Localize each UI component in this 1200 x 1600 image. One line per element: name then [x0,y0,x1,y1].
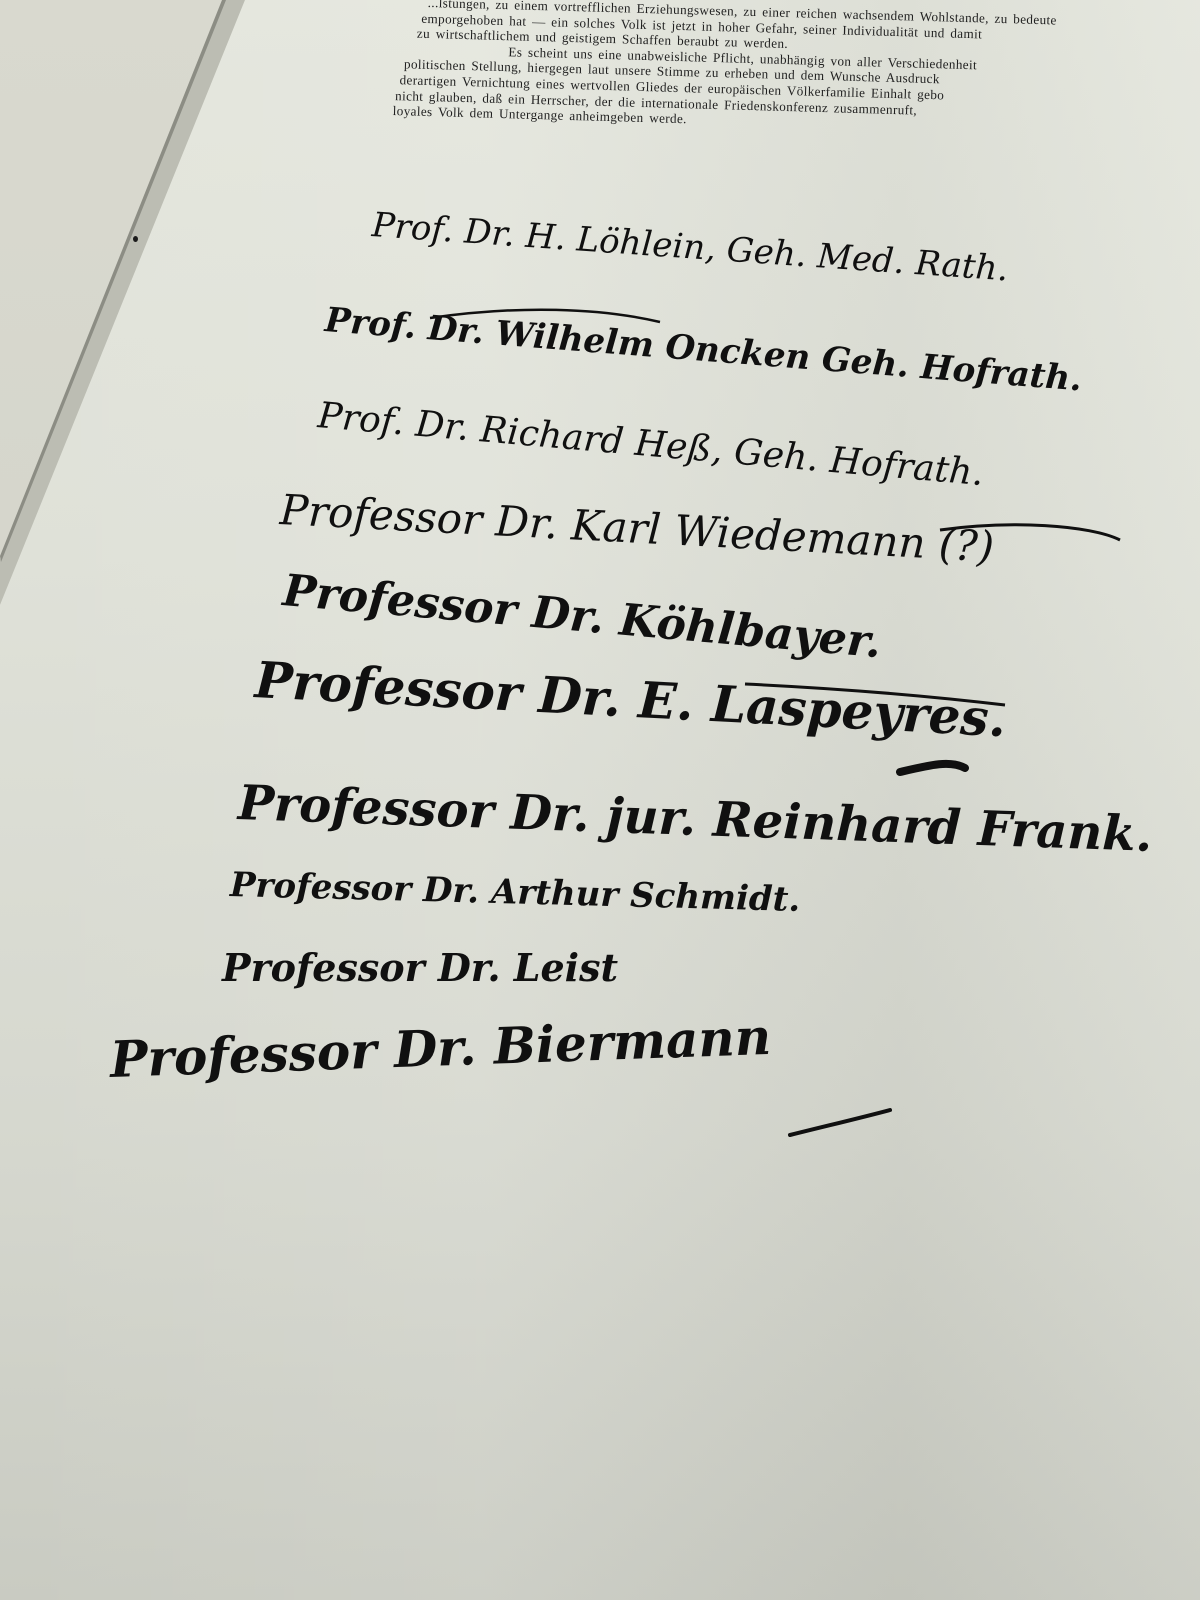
signature-schmidt: Professor Dr. Arthur Schmidt. [229,865,800,920]
document-page: ...lstungen, zu einem vortrefflichen Erz… [0,0,1200,1600]
signature-loehlein: Prof. Dr. H. Löhlein, Geh. Med. Rath. [371,205,1010,289]
signature-koehlbayer: Professor Dr. Köhlbayer. [281,565,884,668]
signature-hess: Prof. Dr. Richard Heß, Geh. Hofrath. [316,395,985,494]
signature-biermann: Professor Dr. Biermann [109,1007,772,1089]
signature-frank: Professor Dr. jur. Reinhard Frank. [237,775,1153,863]
printed-petition-text: ...lstungen, zu einem vortrefflichen Erz… [391,0,1200,142]
signature-leist: Professor Dr. Leist [222,945,618,990]
signature-wiedemann: Professor Dr. Karl Wiedemann (?) [279,485,996,571]
signature-laspeyres: Professor Dr. E. Laspeyres. [253,650,1007,748]
signature-oncken: Prof. Dr. Wilhelm Oncken Geh. Hofrath. [323,300,1083,399]
ink-speck [133,236,138,242]
